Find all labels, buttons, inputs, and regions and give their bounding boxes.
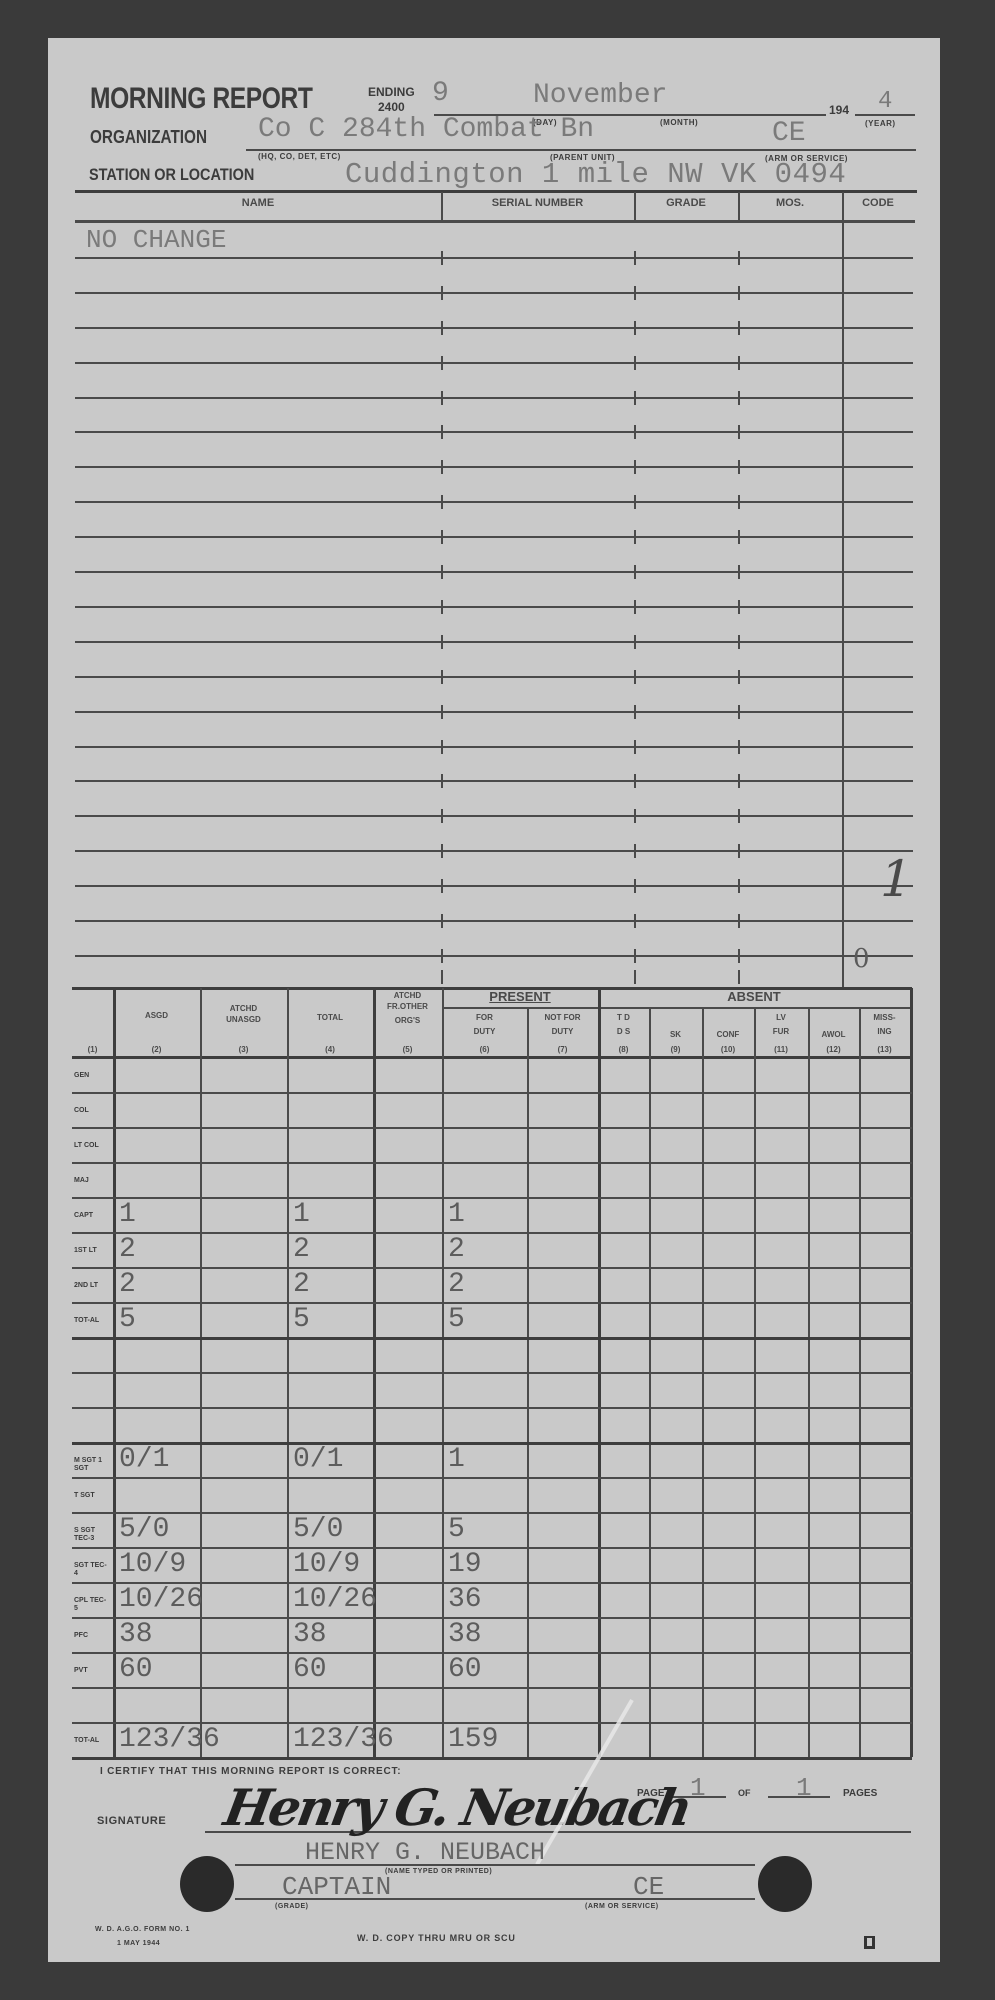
col-atchd-unasgd-l2: UNASGD <box>200 1014 287 1025</box>
cell-total: 5/0 <box>293 1513 439 1547</box>
col-for-duty-num: (6) <box>442 1044 527 1055</box>
col-lv-fur-l2: FUR <box>754 1026 808 1037</box>
cell-total: 1 <box>293 1198 439 1232</box>
changes-row-line <box>75 711 913 713</box>
changes-tick-mark <box>634 844 636 858</box>
strength-row-line <box>72 1687 912 1689</box>
rank-row-label: 1ST LT <box>74 1247 110 1255</box>
changes-tick-mark <box>738 740 740 754</box>
col-not-for-duty: NOT FOR DUTY <box>527 1012 598 1037</box>
rank-row-label: TOT-AL <box>74 1317 110 1325</box>
changes-row-line <box>75 501 913 503</box>
cell-asgd: 2 <box>119 1233 266 1267</box>
changes-tick-mark <box>634 460 636 474</box>
station-label: STATION OR LOCATION <box>89 165 254 185</box>
changes-tick-mark <box>441 740 443 754</box>
cell-for-duty: 36 <box>448 1583 593 1617</box>
col-atchd-fr-num: (5) <box>373 1044 442 1055</box>
col-asgd-label: ASGD <box>113 1010 200 1021</box>
page-total: 1 <box>796 1773 812 1803</box>
cell-asgd: 10/26 <box>119 1583 266 1617</box>
col-sk: SK <box>649 1029 702 1040</box>
changes-header-line <box>75 220 915 223</box>
strength-row-line <box>72 1092 912 1094</box>
handwritten-signature: Henry G. Neubach <box>220 1778 694 1837</box>
changes-row-line <box>75 885 913 887</box>
strength-col-divider <box>702 1008 704 1757</box>
header-divider-serial-grade <box>634 192 636 220</box>
changes-tick-mark <box>634 879 636 893</box>
cell-total: 123/36 <box>293 1723 439 1757</box>
cell-total: 2 <box>293 1233 439 1267</box>
strength-row-line <box>72 1127 912 1129</box>
col-atchd-unasgd-num: (3) <box>200 1044 287 1055</box>
cell-for-duty: 159 <box>448 1723 593 1757</box>
typed-name: HENRY G. NEUBACH <box>305 1838 545 1867</box>
page-total-underline <box>768 1796 830 1798</box>
col-missing: MISS- ING <box>859 1012 910 1037</box>
changes-tick-mark <box>441 600 443 614</box>
changes-tick-mark <box>738 914 740 928</box>
year-prefix: 194 <box>829 103 849 117</box>
copy-note: W. D. COPY THRU MRU OR SCU <box>357 1933 516 1943</box>
strength-row-line <box>72 1337 912 1340</box>
strength-col-divider <box>754 1008 756 1757</box>
rank-row-label: COL <box>74 1107 110 1115</box>
changes-tick-mark <box>634 251 636 265</box>
code-column-divider <box>842 192 844 989</box>
changes-tick-mark <box>738 705 740 719</box>
absent-header: ABSENT <box>598 991 910 1002</box>
col-lv-fur-num: (11) <box>754 1044 808 1055</box>
col-atchd-fr-other: ATCHD FR.OTHER ORG'S <box>373 990 442 1026</box>
cell-total: 60 <box>293 1653 439 1687</box>
changes-row-line <box>75 397 913 399</box>
changes-tick-mark <box>441 495 443 509</box>
form-number: W. D. A.G.O. FORM NO. 1 <box>95 1926 190 1933</box>
header-code: CODE <box>842 198 914 209</box>
col-atchd-unasgd-l1: ATCHD <box>200 1003 287 1014</box>
col-missing-l2: ING <box>859 1026 910 1037</box>
organization-value: Co C 284th Combat Bn <box>258 114 594 145</box>
cell-total: 38 <box>293 1618 439 1652</box>
changes-tick-mark <box>634 495 636 509</box>
col-atchd-fr-l1: ATCHD <box>373 990 442 1001</box>
changes-tick-mark <box>441 251 443 265</box>
col-td-ds-l1: T D <box>598 1012 649 1023</box>
cell-for-duty: 19 <box>448 1548 593 1582</box>
changes-tick-mark <box>738 774 740 788</box>
changes-tick-mark <box>634 705 636 719</box>
rank-row-label: CPL TEC-5 <box>74 1597 110 1613</box>
cell-total: 2 <box>293 1268 439 1302</box>
cell-asgd: 10/9 <box>119 1548 266 1582</box>
col-conf: CONF <box>702 1029 754 1040</box>
changes-row-line <box>75 536 913 538</box>
changes-tick-mark <box>738 809 740 823</box>
cell-total: 0/1 <box>293 1443 439 1477</box>
changes-tick-mark <box>738 565 740 579</box>
cell-total: 10/26 <box>293 1583 439 1617</box>
changes-tick-mark <box>634 321 636 335</box>
grade-caption: (GRADE) <box>275 1903 308 1910</box>
report-month: November <box>533 80 667 111</box>
changes-tick-mark <box>634 286 636 300</box>
strength-col-divider <box>649 1008 651 1757</box>
col-td-ds-l2: D S <box>598 1026 649 1037</box>
organization-arm: CE <box>772 118 806 149</box>
changes-tick-mark <box>441 879 443 893</box>
strength-col-divider <box>859 1008 861 1757</box>
cell-for-duty: 60 <box>448 1653 593 1687</box>
changes-tick-mark <box>738 321 740 335</box>
changes-row-line <box>75 431 913 433</box>
changes-row-line <box>75 571 913 573</box>
changes-row-line <box>75 257 913 259</box>
changes-tick-mark <box>738 600 740 614</box>
changes-tick-mark <box>634 740 636 754</box>
cell-for-duty: 5 <box>448 1303 593 1337</box>
changes-tick-mark <box>634 949 636 963</box>
ending-label: ENDING <box>368 85 415 99</box>
changes-tick-mark <box>634 774 636 788</box>
col-td-ds-num: (8) <box>598 1044 649 1055</box>
changes-row-line <box>75 606 913 608</box>
cell-total: 5 <box>293 1303 439 1337</box>
report-day: 9 <box>432 78 449 109</box>
rank-row-label: T SGT <box>74 1492 110 1500</box>
col-for-duty-l1: FOR <box>442 1012 527 1023</box>
rank-row-label: LT COL <box>74 1142 110 1150</box>
header-divider-grade-mos <box>738 192 740 220</box>
strength-header-bottom <box>72 1056 912 1059</box>
cell-for-duty: 5 <box>448 1513 593 1547</box>
cell-asgd: 60 <box>119 1653 266 1687</box>
punch-hole-left <box>180 1856 234 1912</box>
org-caption-unit: (HQ, CO, DET, ETC) <box>258 152 341 161</box>
year-caption: (YEAR) <box>865 119 896 128</box>
form-title: MORNING REPORT <box>90 82 313 116</box>
changes-row-line <box>75 920 913 922</box>
changes-tick-mark <box>441 949 443 963</box>
rank-row-label: TOT-AL <box>74 1737 110 1745</box>
ending-time: 2400 <box>378 100 405 114</box>
punch-hole-right <box>758 1856 812 1912</box>
changes-row-line <box>75 327 913 329</box>
changes-tick-mark <box>441 670 443 684</box>
cell-for-duty: 1 <box>448 1443 593 1477</box>
of-label: OF <box>738 1788 751 1798</box>
changes-tick-mark <box>738 391 740 405</box>
col-sk-num: (9) <box>649 1044 702 1055</box>
rank-row-label: CAPT <box>74 1212 110 1220</box>
changes-tick-mark <box>738 460 740 474</box>
changes-row-line <box>75 815 913 817</box>
changes-tick-mark <box>738 425 740 439</box>
changes-tick-mark <box>738 286 740 300</box>
changes-tick-mark <box>634 635 636 649</box>
col-awol-num: (12) <box>808 1044 859 1055</box>
col-total: TOTAL <box>287 1012 373 1023</box>
header-serial-number: SERIAL NUMBER <box>441 198 634 209</box>
changes-tick-mark <box>738 949 740 963</box>
form-date: 1 MAY 1944 <box>117 1940 160 1947</box>
col-lv-fur-l1: LV <box>754 1012 808 1023</box>
changes-row-line <box>75 780 913 782</box>
cell-asgd: 5/0 <box>119 1513 266 1547</box>
changes-tick-mark <box>441 356 443 370</box>
changes-row-line <box>75 746 913 748</box>
grade-line <box>235 1898 755 1900</box>
changes-tick-mark <box>738 670 740 684</box>
cell-total: 10/9 <box>293 1548 439 1582</box>
changes-tick-mark <box>738 844 740 858</box>
certify-text: I CERTIFY THAT THIS MORNING REPORT IS CO… <box>100 1766 401 1777</box>
changes-tick-mark <box>634 356 636 370</box>
pages-label: PAGES <box>843 1788 877 1799</box>
changes-tick-mark <box>634 970 636 984</box>
col-for-duty: FOR DUTY <box>442 1012 527 1037</box>
col-atchd-fr-l2: FR.OTHER <box>373 1001 442 1012</box>
cell-asgd: 38 <box>119 1618 266 1652</box>
changes-tick-mark <box>441 565 443 579</box>
changes-tick-mark <box>441 391 443 405</box>
changes-tick-mark <box>634 565 636 579</box>
changes-tick-mark <box>441 809 443 823</box>
arm-caption: (ARM OR SERVICE) <box>585 1903 659 1910</box>
rank-row-label: 2ND LT <box>74 1282 110 1290</box>
changes-tick-mark <box>738 970 740 984</box>
changes-tick-mark <box>634 809 636 823</box>
organization-underline <box>246 149 916 151</box>
col-not-for-duty-l2: DUTY <box>527 1026 598 1037</box>
present-subheader-line <box>442 1007 598 1009</box>
present-header: PRESENT <box>442 991 598 1002</box>
signature-label: SIGNATURE <box>97 1815 166 1827</box>
strength-row-line <box>72 1162 912 1164</box>
col-for-duty-l2: DUTY <box>442 1026 527 1037</box>
changes-row-line <box>75 362 913 364</box>
changes-tick-mark <box>738 635 740 649</box>
strength-row-line <box>72 1372 912 1374</box>
header-grade: GRADE <box>634 198 738 209</box>
rank-row-label: PFC <box>74 1632 110 1640</box>
strength-row-line <box>72 1757 912 1760</box>
cell-asgd: 123/36 <box>119 1723 266 1757</box>
changes-tick-mark <box>738 356 740 370</box>
changes-tick-mark <box>634 914 636 928</box>
strength-col-divider <box>808 1008 810 1757</box>
corner-mark-icon <box>864 1936 875 1949</box>
changes-tick-mark <box>441 844 443 858</box>
rank-row-label: MAJ <box>74 1177 110 1185</box>
typed-name-line <box>235 1864 755 1866</box>
rank-row-label: SGT TEC-4 <box>74 1562 110 1578</box>
col-asgd: ASGD <box>113 1010 200 1021</box>
col-atchd-fr-l3: ORG'S <box>373 1015 442 1026</box>
month-caption: (MONTH) <box>660 118 698 127</box>
changes-row-line <box>75 955 913 957</box>
col-atchd-unasgd: ATCHD UNASGD <box>200 1003 287 1025</box>
col-missing-l1: MISS- <box>859 1012 910 1023</box>
rank-row-label: PVT <box>74 1667 110 1675</box>
code-mark-0: 0 <box>853 944 870 974</box>
year-underline <box>855 114 915 116</box>
changes-tick-mark <box>441 635 443 649</box>
col-missing-num: (13) <box>859 1044 910 1055</box>
changes-tick-mark <box>441 530 443 544</box>
station-underline <box>75 190 917 193</box>
cell-for-duty: 2 <box>448 1233 593 1267</box>
changes-tick-mark <box>441 705 443 719</box>
changes-tick-mark <box>441 774 443 788</box>
changes-tick-mark <box>738 495 740 509</box>
changes-tick-mark <box>634 391 636 405</box>
station-value: Cuddington 1 mile NW VK 0494 <box>345 158 846 191</box>
rank-row-label: GEN <box>74 1072 110 1080</box>
col-td-ds: T D D S <box>598 1012 649 1037</box>
no-change-entry: NO CHANGE <box>86 225 226 255</box>
cell-asgd: 1 <box>119 1198 266 1232</box>
changes-tick-mark <box>441 321 443 335</box>
col-1-num: (1) <box>72 1044 113 1055</box>
cell-for-duty: 38 <box>448 1618 593 1652</box>
col-not-for-duty-l1: NOT FOR <box>527 1012 598 1023</box>
col-awol: AWOL <box>808 1029 859 1040</box>
col-lv-fur: LV FUR <box>754 1012 808 1037</box>
changes-row-line <box>75 850 913 852</box>
header-divider-name-serial <box>441 192 443 220</box>
changes-tick-mark <box>441 970 443 984</box>
changes-row-line <box>75 466 913 468</box>
rank-row-label: S SGT TEC-3 <box>74 1527 110 1543</box>
changes-tick-mark <box>441 286 443 300</box>
cell-asgd: 0/1 <box>119 1443 266 1477</box>
report-year-digit: 4 <box>878 88 892 115</box>
col-asgd-num: (2) <box>113 1044 200 1055</box>
page-bottom-shadow <box>0 1962 995 2000</box>
cell-for-duty: 2 <box>448 1268 593 1302</box>
cell-for-duty: 1 <box>448 1198 593 1232</box>
typed-name-caption: (NAME TYPED OR PRINTED) <box>385 1868 492 1875</box>
changes-tick-mark <box>634 600 636 614</box>
header-name: NAME <box>75 198 441 209</box>
col-total-num: (4) <box>287 1044 373 1055</box>
organization-label: ORGANIZATION <box>90 127 207 148</box>
changes-row-line <box>75 676 913 678</box>
changes-tick-mark <box>634 670 636 684</box>
changes-tick-mark <box>441 914 443 928</box>
changes-tick-mark <box>441 460 443 474</box>
changes-row-line <box>75 641 913 643</box>
rank-row-label: M SGT 1 SGT <box>74 1457 110 1473</box>
cell-asgd: 2 <box>119 1268 266 1302</box>
changes-tick-mark <box>738 251 740 265</box>
cell-asgd: 5 <box>119 1303 266 1337</box>
changes-tick-mark <box>738 879 740 893</box>
changes-tick-mark <box>441 425 443 439</box>
strength-row-line <box>72 1477 912 1479</box>
col-not-for-duty-num: (7) <box>527 1044 598 1055</box>
col-conf-num: (10) <box>702 1044 754 1055</box>
strength-row-line <box>72 1407 912 1409</box>
changes-tick-mark <box>738 530 740 544</box>
changes-row-line <box>75 292 913 294</box>
changes-tick-mark <box>634 530 636 544</box>
header-mos: MOS. <box>738 198 842 209</box>
changes-tick-mark <box>634 425 636 439</box>
